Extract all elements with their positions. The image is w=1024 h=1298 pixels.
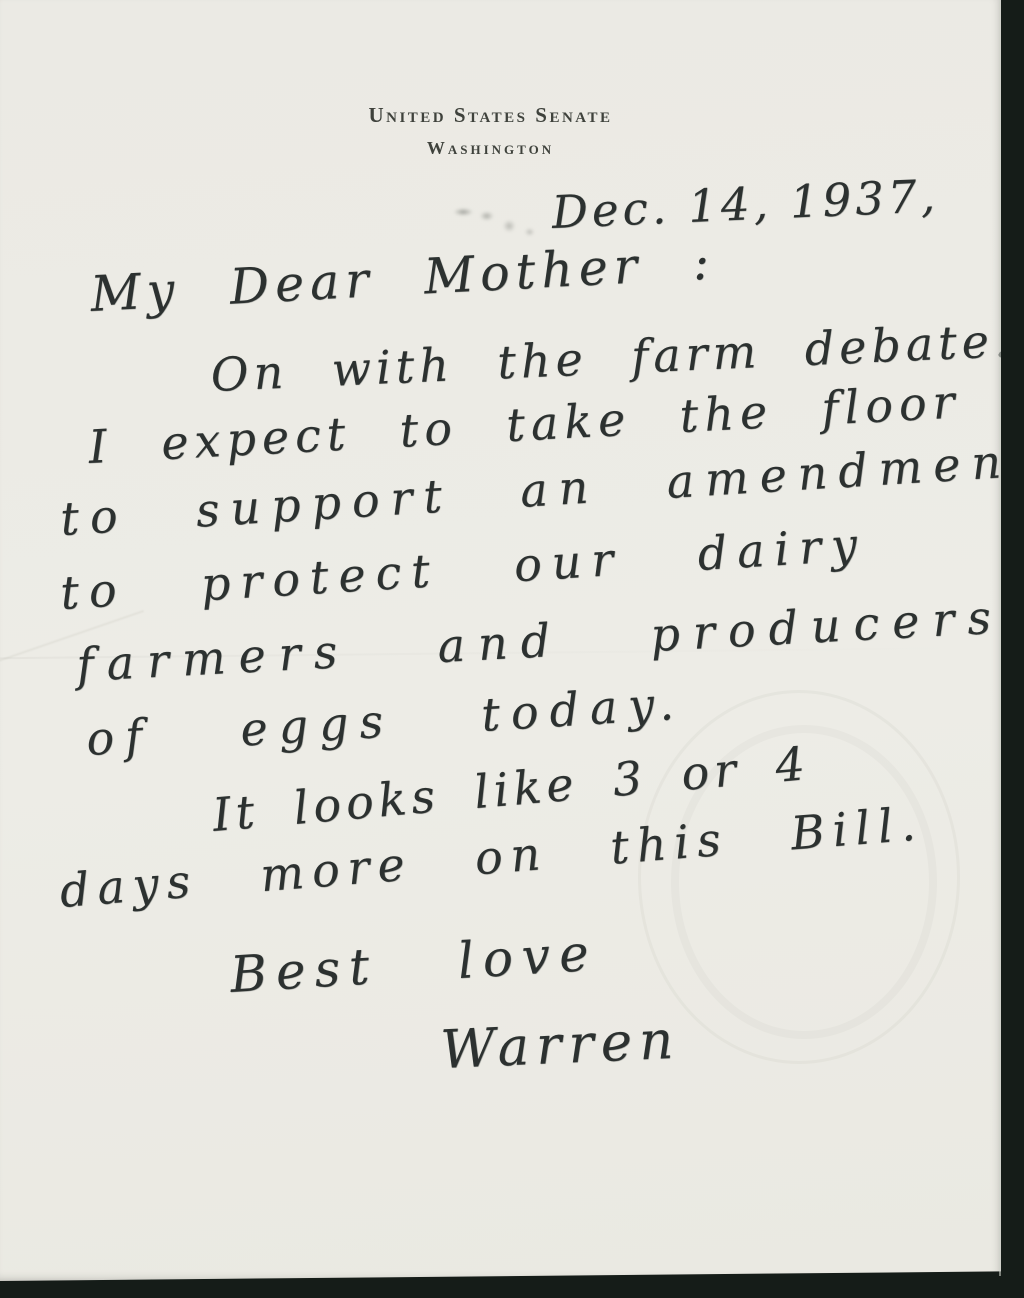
- letter-salutation: My Dear Mother :: [89, 233, 716, 323]
- letterhead-organization: United States Senate: [0, 103, 981, 128]
- embossed-seal-watermark: [638, 690, 960, 1064]
- letterhead-city: Washington: [0, 138, 981, 159]
- letter-closing: Best love: [228, 924, 599, 1004]
- letter-signature: Warren: [439, 1010, 681, 1081]
- embossed-seal-inner-ring: [671, 725, 937, 1039]
- scanned-letter-with-mat-background: United States Senate Washington Dec. 14,…: [0, 0, 1024, 1298]
- body-line: of eggs today.: [85, 676, 686, 766]
- letter-paper: United States Senate Washington Dec. 14,…: [0, 0, 1001, 1281]
- pencil-smudge: [448, 198, 550, 238]
- paper-edge-highlight: [999, 0, 1001, 1276]
- letter-date: Dec. 14, 1937,: [551, 169, 940, 239]
